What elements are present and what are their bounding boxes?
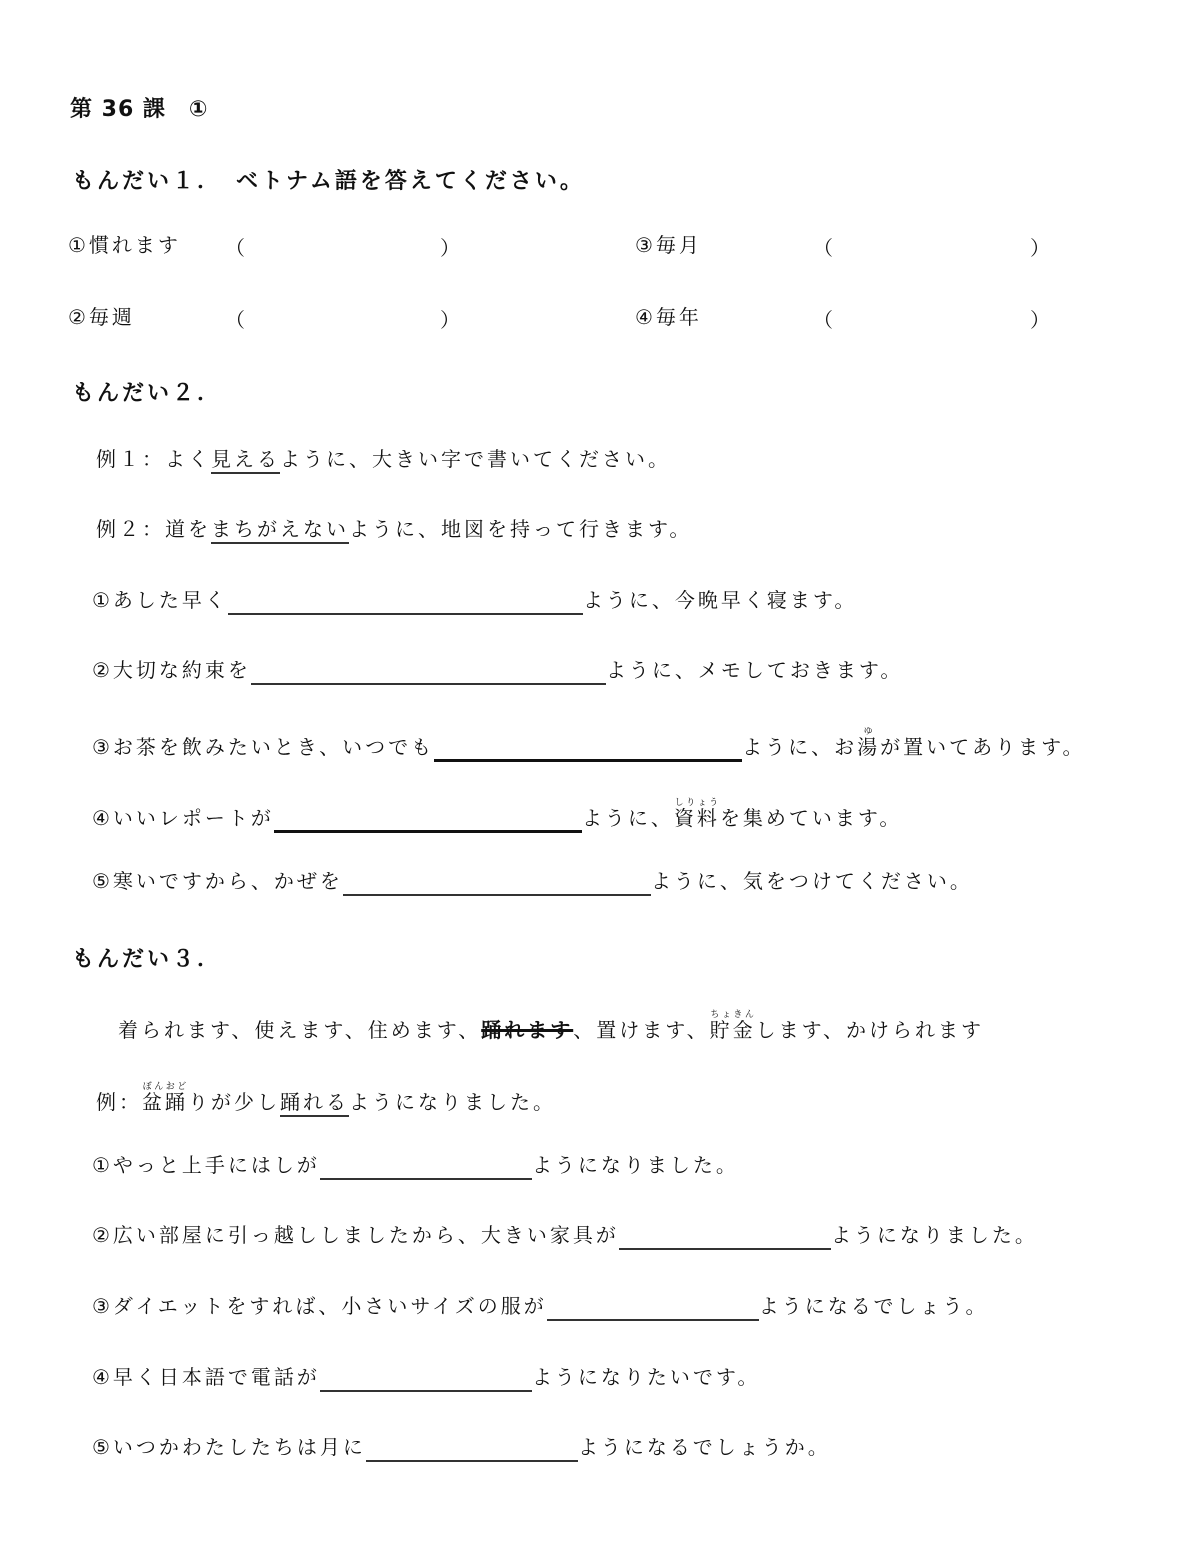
question-2-2: ②大切な約束をように、メモしておきます。: [92, 655, 903, 685]
answer-blank[interactable]: [228, 587, 583, 615]
example-answer: まちがえない: [211, 517, 349, 544]
lesson-title: 第 36 課 ①: [70, 92, 209, 123]
question-suffix: ようになるでしょう。: [759, 1294, 989, 1318]
ruby-base: 盆踊: [142, 1090, 188, 1114]
example-3: 例：盆踊ぼんおどりが少し踊れるようになりました。: [96, 1082, 556, 1117]
question-3-5: ⑤いつかわたしたちは月にようになるでしょうか。: [92, 1432, 831, 1462]
vocab-item-1: ①慣れます: [68, 230, 181, 260]
example-prefix: 例：: [96, 1090, 142, 1114]
question-prefix: ⑤いつかわたしたちは月に: [92, 1435, 366, 1459]
answer-blank[interactable]: [274, 804, 582, 833]
furigana-word: 貯金ちょきん: [710, 1018, 756, 1042]
open-paren: （: [813, 232, 833, 261]
vocab-item-3: ③毎月: [635, 230, 702, 260]
vocab-label: ③毎月: [635, 233, 702, 257]
answer-field-4[interactable]: ）: [1030, 304, 1050, 333]
example-answer: 踊れる: [280, 1090, 349, 1117]
question-suffix: ように、気をつけてください。: [651, 869, 973, 893]
vocab-item-2: ②毎週: [68, 302, 135, 332]
question-prefix: ⑤寒いですから、かぜを: [92, 869, 343, 893]
open-paren: （: [225, 232, 245, 261]
example-1: 例１：よく見えるように、大きい字で書いてください。: [96, 444, 671, 474]
example-text: りが少し: [188, 1090, 280, 1114]
question-suffix: ようになりました。: [532, 1153, 739, 1177]
answer-blank[interactable]: [320, 1364, 532, 1392]
ruby-base: 湯: [857, 735, 880, 759]
word-bank: 着られます、使えます、住めます、踊れます、置けます、貯金ちょきんします、かけられ…: [118, 1010, 984, 1045]
example-prefix: 例２：道を: [96, 517, 211, 541]
question-suffix: ようになるでしょうか。: [578, 1435, 831, 1459]
vocab-label: ①慣れます: [68, 233, 181, 257]
question-suffix: ようになりたいです。: [532, 1365, 760, 1389]
answer-field-1[interactable]: ）: [440, 232, 460, 261]
example-prefix: 例１：よく: [96, 447, 211, 471]
ruby-base: 資料: [674, 806, 720, 830]
question-2-1: ①あした早くように、今晩早く寝ます。: [92, 585, 857, 615]
answer-field-3[interactable]: ）: [1030, 232, 1050, 261]
problem2-heading: もんだい２．: [72, 376, 222, 407]
question-2-4: ④いいレポートがように、資料しりょうを集めています。: [92, 798, 902, 833]
question-3-4: ④早く日本語で電話がようになりたいです。: [92, 1362, 760, 1392]
question-suffix: ようになりました。: [831, 1223, 1038, 1247]
question-suffix: ように、お: [742, 735, 857, 759]
furigana-word: 資料しりょう: [674, 806, 720, 830]
vocab-label: ②毎週: [68, 305, 135, 329]
problem1-heading: もんだい１． ベトナム語を答えてください。: [72, 164, 585, 195]
example-answer: 見える: [211, 447, 280, 474]
question-prefix: ①あした早く: [92, 588, 228, 612]
word-bank-text: します、かけられます: [756, 1018, 984, 1042]
question-prefix: ②大切な約束を: [92, 658, 251, 682]
example-suffix: ように、大きい字で書いてください。: [280, 447, 671, 471]
answer-blank[interactable]: [366, 1434, 578, 1462]
question-prefix: ②広い部屋に引っ越ししましたから、大きい家具が: [92, 1223, 619, 1247]
furigana: ちょきん: [710, 1010, 756, 1020]
furigana: しりょう: [674, 798, 720, 808]
question-2-5: ⑤寒いですから、かぜをように、気をつけてください。: [92, 866, 973, 896]
vocab-label: ④毎年: [635, 305, 702, 329]
answer-blank[interactable]: [619, 1222, 831, 1250]
problem3-heading: もんだい３．: [72, 942, 222, 973]
furigana-word: 湯ゆ: [857, 735, 880, 759]
furigana: ぼんおど: [142, 1082, 188, 1092]
example-suffix: ようになりました。: [349, 1090, 556, 1114]
answer-blank[interactable]: [343, 868, 651, 896]
example-suffix: ように、地図を持って行きます。: [349, 517, 692, 541]
question-3-2: ②広い部屋に引っ越ししましたから、大きい家具がようになりました。: [92, 1220, 1038, 1250]
question-prefix: ①やっと上手にはしが: [92, 1153, 320, 1177]
answer-blank[interactable]: [320, 1152, 532, 1180]
question-suffix: ように、メモしておきます。: [606, 658, 903, 682]
answer-blank[interactable]: [434, 733, 742, 762]
question-suffix: ように、今晩早く寝ます。: [583, 588, 857, 612]
struck-word: 踊れます: [481, 1018, 573, 1042]
question-suffix: ように、: [582, 806, 674, 830]
open-paren: （: [813, 304, 833, 333]
answer-blank[interactable]: [547, 1293, 759, 1321]
question-prefix: ③ダイエットをすれば、小さいサイズの服が: [92, 1294, 547, 1318]
furigana-word: 盆踊ぼんおど: [142, 1090, 188, 1114]
word-bank-text: 、置けます、: [573, 1018, 709, 1042]
furigana: ゆ: [857, 727, 880, 737]
question-3-1: ①やっと上手にはしがようになりました。: [92, 1150, 739, 1180]
question-prefix: ③お茶を飲みたいとき、いつでも: [92, 735, 434, 759]
question-3-3: ③ダイエットをすれば、小さいサイズの服がようになるでしょう。: [92, 1291, 989, 1321]
open-paren: （: [225, 304, 245, 333]
vocab-item-4: ④毎年: [635, 302, 702, 332]
answer-field-2[interactable]: ）: [440, 304, 460, 333]
example-2: 例２：道をまちがえないように、地図を持って行きます。: [96, 514, 692, 544]
question-prefix: ④早く日本語で電話が: [92, 1365, 320, 1389]
question-suffix: が置いてあります。: [880, 735, 1085, 759]
question-2-3: ③お茶を飲みたいとき、いつでもように、お湯ゆが置いてあります。: [92, 727, 1086, 762]
question-prefix: ④いいレポートが: [92, 806, 274, 830]
answer-blank[interactable]: [251, 657, 606, 685]
ruby-base: 貯金: [710, 1018, 756, 1042]
word-bank-text: 着られます、使えます、住めます、: [118, 1018, 481, 1042]
question-suffix: を集めています。: [720, 806, 902, 830]
